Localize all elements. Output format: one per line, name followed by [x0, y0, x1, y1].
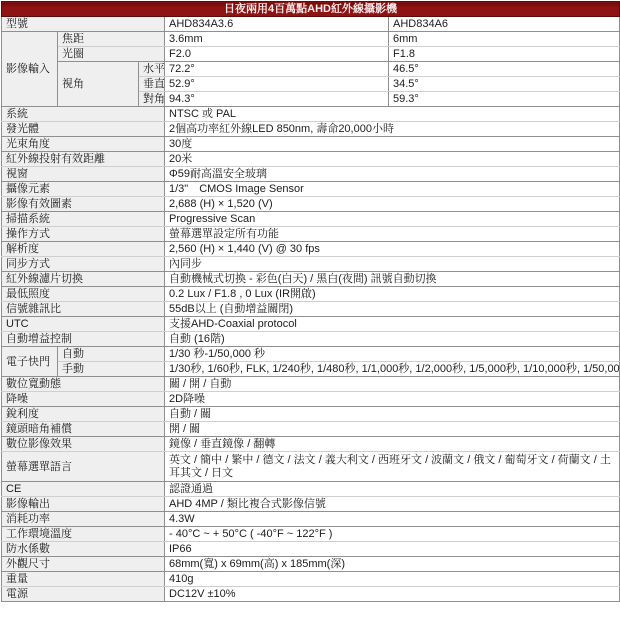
spec-label: 紅外線濾片切換: [2, 272, 165, 287]
table-row: 視角 水平 72.2° 46.5°: [2, 62, 620, 77]
spec-label: 銳利度: [2, 407, 165, 422]
spec-label: 最低照度: [2, 287, 165, 302]
table-row: 外觀尺寸 68mm(寬) x 69mm(高) x 185mm(深): [2, 557, 620, 572]
spec-label: 系統: [2, 107, 165, 122]
spec-value: 自動 (16階): [165, 332, 620, 347]
spec-value: 1/3" CMOS Image Sensor: [165, 182, 620, 197]
table-row: 視窗 Φ59耐高溫安全玻璃: [2, 167, 620, 182]
focal-value-1: 3.6mm: [165, 32, 389, 47]
table-row: 影像輸出 AHD 4MP / 類比複合式影像信號: [2, 497, 620, 512]
spec-value: 2,688 (H) × 1,520 (V): [165, 197, 620, 212]
shutter-manual-value: 1/30秒, 1/60秒, FLK, 1/240秒, 1/480秒, 1/1,0…: [165, 362, 620, 377]
spec-value: 410g: [165, 572, 620, 587]
spec-label: 光束角度: [2, 137, 165, 152]
spec-value: 自動機械式切換 - 彩色(白天) / 黑白(夜間) 訊號自動切換: [165, 272, 620, 287]
table-row: 型號 AHD834A3.6 AHD834A6: [2, 17, 620, 32]
spec-label: 鏡頭暗角補償: [2, 422, 165, 437]
table-row: 工作環境溫度 - 40°C ~ + 50°C ( -40°F ~ 122°F ): [2, 527, 620, 542]
table-row: 同步方式 內同步: [2, 257, 620, 272]
spec-label: 掃描系統: [2, 212, 165, 227]
spec-label: 數位影像效果: [2, 437, 165, 452]
spec-value: 螢幕選單設定所有功能: [165, 227, 620, 242]
table-row: 紅外線濾片切換 自動機械式切換 - 彩色(白天) / 黑白(夜間) 訊號自動切換: [2, 272, 620, 287]
spec-value: 支援AHD-Coaxial protocol: [165, 317, 620, 332]
spec-label-model: 型號: [2, 17, 165, 32]
spec-value: 鏡像 / 垂直鏡像 / 翻轉: [165, 437, 620, 452]
table-row: 信號雜訊比 55dB以上 (自動增益關閉): [2, 302, 620, 317]
spec-value: 2D降噪: [165, 392, 620, 407]
horizontal-angle-1: 72.2°: [165, 62, 389, 77]
spec-value: 英文 / 簡中 / 繁中 / 德文 / 法文 / 義大利文 / 西班牙文 / 波…: [165, 452, 620, 482]
model-1-value: AHD834A3.6: [165, 17, 389, 32]
spec-label: CE: [2, 482, 165, 497]
table-row: 防水係數 IP66: [2, 542, 620, 557]
spec-label-diagonal: 對角: [139, 92, 165, 107]
spec-value: 關 / 開 / 自動: [165, 377, 620, 392]
spec-value: 20米: [165, 152, 620, 167]
spec-value: DC12V ±10%: [165, 587, 620, 602]
spec-label: 外觀尺寸: [2, 557, 165, 572]
spec-value: 內同步: [165, 257, 620, 272]
spec-label-shutter-auto: 自動: [58, 347, 165, 362]
spec-value: 開 / 關: [165, 422, 620, 437]
spec-label: 影像有效圖素: [2, 197, 165, 212]
table-row: 紅外線投射有效距離 20米: [2, 152, 620, 167]
spec-label-horizontal: 水平: [139, 62, 165, 77]
spec-value: 55dB以上 (自動增益關閉): [165, 302, 620, 317]
spec-value: 認證通過: [165, 482, 620, 497]
spec-label: 工作環境溫度: [2, 527, 165, 542]
spec-label-shutter-manual: 手動: [58, 362, 165, 377]
spec-value: IP66: [165, 542, 620, 557]
spec-label: 消耗功率: [2, 512, 165, 527]
focal-value-2: 6mm: [389, 32, 620, 47]
spec-label: 電源: [2, 587, 165, 602]
spec-label: 數位寬動態: [2, 377, 165, 392]
table-row: 自動增益控制 自動 (16階): [2, 332, 620, 347]
table-row: 影像有效圖素 2,688 (H) × 1,520 (V): [2, 197, 620, 212]
spec-label-view-angle: 視角: [58, 62, 139, 107]
table-row: 最低照度 0.2 Lux / F1.8 , 0 Lux (IR開啟): [2, 287, 620, 302]
spec-label: 攝像元素: [2, 182, 165, 197]
table-row: 系統 NTSC 或 PAL: [2, 107, 620, 122]
diagonal-angle-1: 94.3°: [165, 92, 389, 107]
model-2-value: AHD834A6: [389, 17, 620, 32]
table-row: 解析度 2,560 (H) × 1,440 (V) @ 30 fps: [2, 242, 620, 257]
spec-label: 重量: [2, 572, 165, 587]
spec-value: 自動 / 關: [165, 407, 620, 422]
table-row: 影像輸入 焦距 3.6mm 6mm: [2, 32, 620, 47]
page-title: 日夜兩用4百萬點AHD紅外線攝影機: [2, 2, 620, 17]
vertical-angle-1: 52.9°: [165, 77, 389, 92]
table-row: CE 認證通過: [2, 482, 620, 497]
spec-value: 2,560 (H) × 1,440 (V) @ 30 fps: [165, 242, 620, 257]
vertical-angle-2: 34.5°: [389, 77, 620, 92]
table-row: 光圈 F2.0 F1.8: [2, 47, 620, 62]
spec-label: 影像輸出: [2, 497, 165, 512]
spec-label: UTC: [2, 317, 165, 332]
table-row: 數位影像效果 鏡像 / 垂直鏡像 / 翻轉: [2, 437, 620, 452]
spec-value: 4.3W: [165, 512, 620, 527]
table-row: 掃描系統 Progressive Scan: [2, 212, 620, 227]
table-row: 消耗功率 4.3W: [2, 512, 620, 527]
table-row: 光束角度 30度: [2, 137, 620, 152]
spec-label: 視窗: [2, 167, 165, 182]
spec-value: Φ59耐高溫安全玻璃: [165, 167, 620, 182]
spec-label: 紅外線投射有效距離: [2, 152, 165, 167]
spec-label: 防水係數: [2, 542, 165, 557]
table-row: 銳利度 自動 / 關: [2, 407, 620, 422]
spec-label: 降噪: [2, 392, 165, 407]
spec-label: 信號雜訊比: [2, 302, 165, 317]
shutter-auto-value: 1/30 秒-1/50,000 秒: [165, 347, 620, 362]
aperture-value-1: F2.0: [165, 47, 389, 62]
diagonal-angle-2: 59.3°: [389, 92, 620, 107]
spec-label: 自動增益控制: [2, 332, 165, 347]
spec-label: 解析度: [2, 242, 165, 257]
spec-label: 發光體: [2, 122, 165, 137]
table-row: 重量 410g: [2, 572, 620, 587]
spec-value: 68mm(寬) x 69mm(高) x 185mm(深): [165, 557, 620, 572]
spec-value: 0.2 Lux / F1.8 , 0 Lux (IR開啟): [165, 287, 620, 302]
spec-value: AHD 4MP / 類比複合式影像信號: [165, 497, 620, 512]
table-row: 操作方式 螢幕選單設定所有功能: [2, 227, 620, 242]
table-row: 鏡頭暗角補償 開 / 關: [2, 422, 620, 437]
spec-label: 操作方式: [2, 227, 165, 242]
spec-value: Progressive Scan: [165, 212, 620, 227]
table-row: 攝像元素 1/3" CMOS Image Sensor: [2, 182, 620, 197]
spec-label-aperture: 光圈: [58, 47, 165, 62]
spec-value: NTSC 或 PAL: [165, 107, 620, 122]
spec-label-focal: 焦距: [58, 32, 165, 47]
table-row: 降噪 2D降噪: [2, 392, 620, 407]
spec-label-vertical: 垂直: [139, 77, 165, 92]
horizontal-angle-2: 46.5°: [389, 62, 620, 77]
table-row: 數位寬動態 關 / 開 / 自動: [2, 377, 620, 392]
spec-label: 同步方式: [2, 257, 165, 272]
table-row: 電子快門 自動 1/30 秒-1/50,000 秒: [2, 347, 620, 362]
spec-value: 2個高功率紅外線LED 850nm, 壽命20,000小時: [165, 122, 620, 137]
table-row: 日夜兩用4百萬點AHD紅外線攝影機: [2, 2, 620, 17]
spec-value: - 40°C ~ + 50°C ( -40°F ~ 122°F ): [165, 527, 620, 542]
table-row: 手動 1/30秒, 1/60秒, FLK, 1/240秒, 1/480秒, 1/…: [2, 362, 620, 377]
aperture-value-2: F1.8: [389, 47, 620, 62]
spec-value: 30度: [165, 137, 620, 152]
spec-label-shutter: 電子快門: [2, 347, 58, 377]
spec-label: 螢幕選單語言: [2, 452, 165, 482]
table-row: UTC 支援AHD-Coaxial protocol: [2, 317, 620, 332]
spec-label-video-input: 影像輸入: [2, 32, 58, 107]
table-row: 電源 DC12V ±10%: [2, 587, 620, 602]
spec-table: 日夜兩用4百萬點AHD紅外線攝影機 型號 AHD834A3.6 AHD834A6…: [1, 1, 620, 602]
table-row: 螢幕選單語言 英文 / 簡中 / 繁中 / 德文 / 法文 / 義大利文 / 西…: [2, 452, 620, 482]
table-row: 發光體 2個高功率紅外線LED 850nm, 壽命20,000小時: [2, 122, 620, 137]
